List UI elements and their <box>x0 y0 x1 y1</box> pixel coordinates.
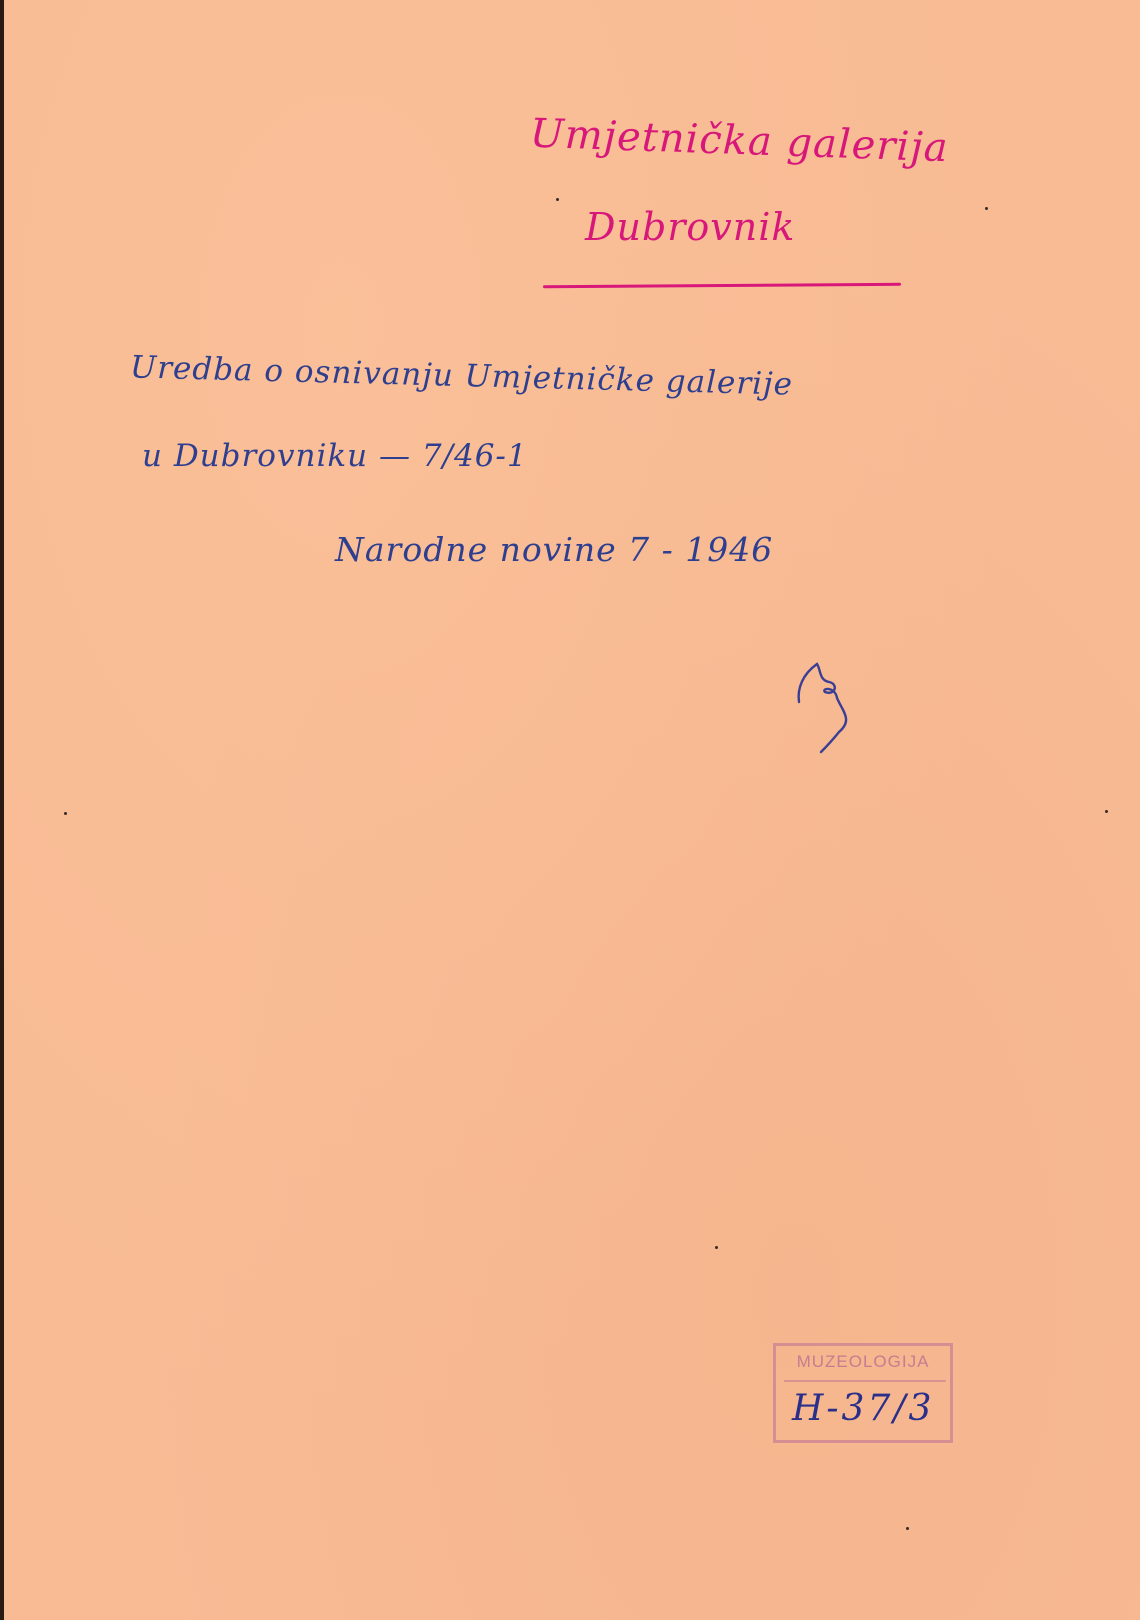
body-line-3: Narodne novine 7 - 1946 <box>335 530 773 569</box>
scan-edge <box>0 0 4 1620</box>
stamp-divider <box>784 1380 946 1382</box>
heading-underline <box>543 283 901 288</box>
stamp-label: MUZEOLOGIJA <box>776 1352 950 1372</box>
body-line-2: u Dubrovniku — 7/46-1 <box>142 438 528 474</box>
stamp-number: H-37/3 <box>792 1388 934 1429</box>
signature-icon <box>795 660 865 755</box>
document-page: Umjetnička galerija Dubrovnik Uredba o o… <box>0 0 1140 1620</box>
paper-speck <box>715 1246 718 1249</box>
paper-speck <box>1105 810 1108 813</box>
paper-speck <box>985 207 988 210</box>
body-line-1: Uredba o osnivanju Umjetničke galerije <box>130 349 794 402</box>
paper-speck <box>64 812 67 815</box>
paper-speck <box>556 198 559 201</box>
heading-line-1: Umjetnička galerija <box>529 111 949 172</box>
archive-stamp: MUZEOLOGIJA H-37/3 <box>773 1343 953 1443</box>
heading-line-2: Dubrovnik <box>585 205 795 249</box>
paper-speck <box>906 1527 909 1530</box>
